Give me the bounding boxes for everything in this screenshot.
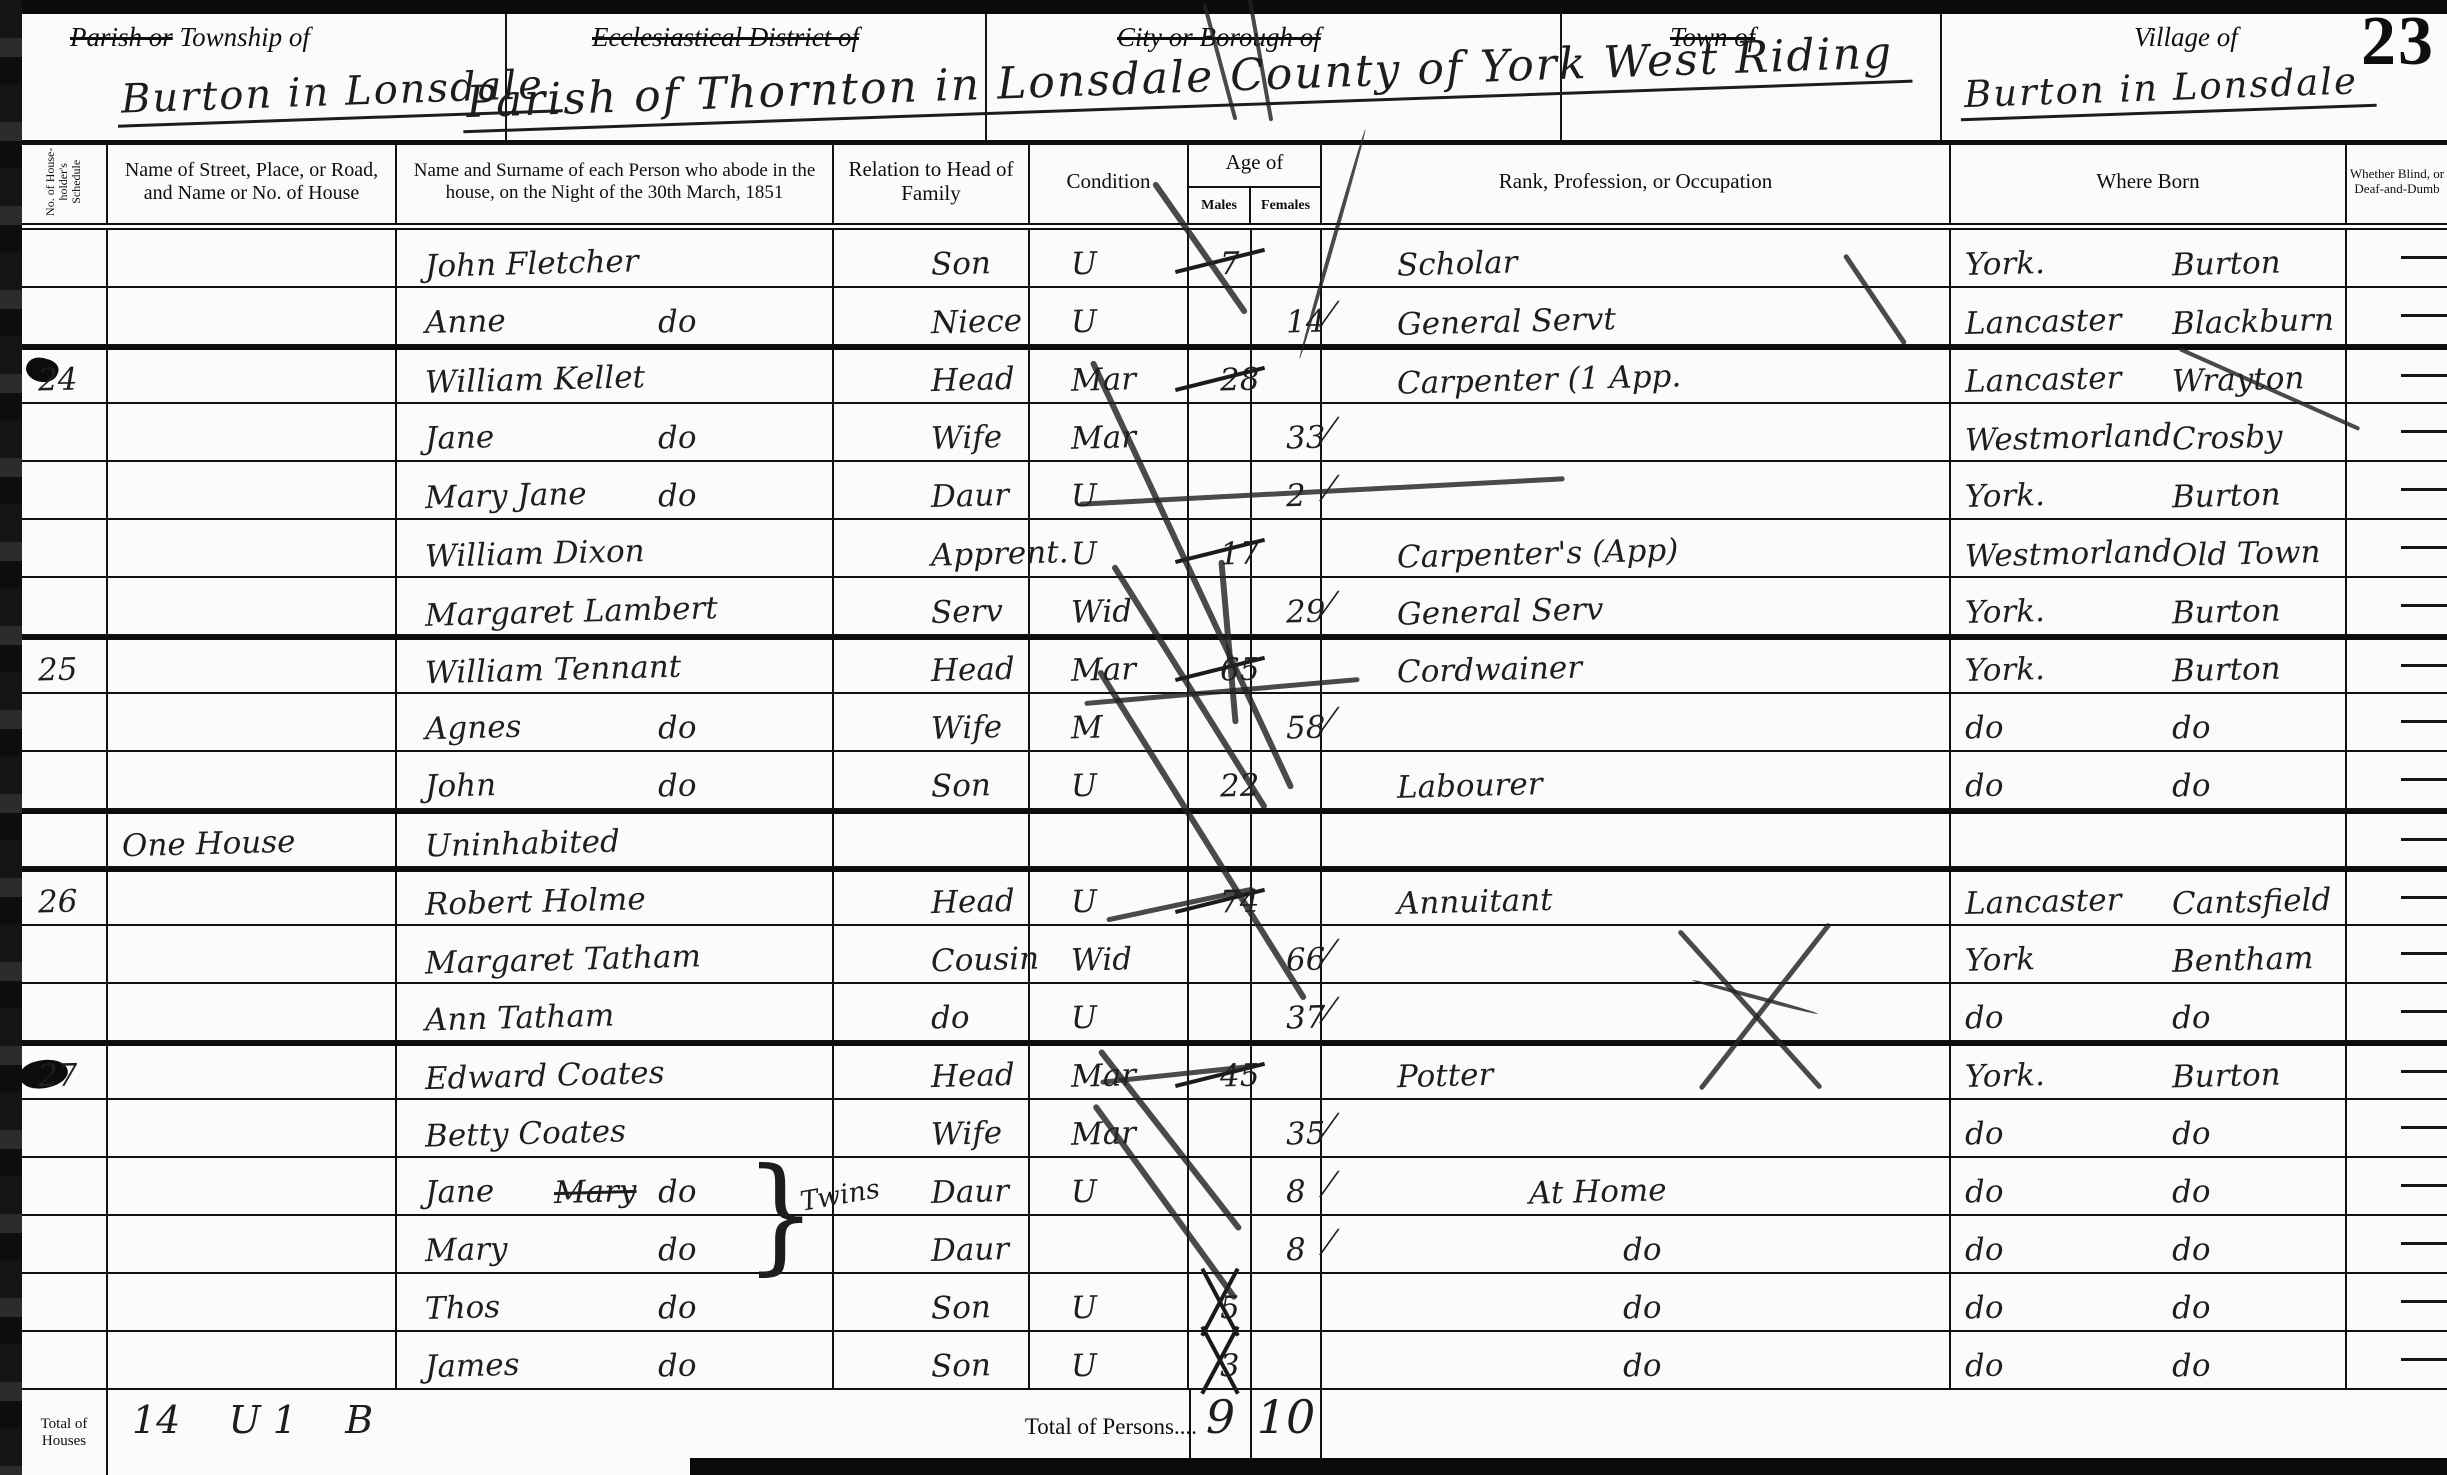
- person-name: Ann Tatham: [425, 998, 615, 1039]
- age-male-cell: 3: [1189, 1332, 1252, 1388]
- column-header-row: No. of House-holder's Schedule Name of S…: [22, 140, 2447, 230]
- name-cell: Mary Janedo: [397, 462, 834, 518]
- ditto-name: do: [658, 478, 697, 515]
- born-cell: York.Burton: [1951, 462, 2347, 518]
- street-cell: [108, 1046, 397, 1098]
- born-place: do: [2171, 710, 2210, 747]
- age-female-value: 29: [1286, 593, 1326, 630]
- born-place: do: [2171, 768, 2210, 805]
- relation-value: Son: [931, 767, 992, 805]
- born-place: do: [2171, 1232, 2210, 1269]
- relation-cell: Head: [834, 1046, 1030, 1098]
- born-county: do: [1965, 710, 2004, 747]
- condition-value: U: [1070, 536, 1097, 573]
- condition-cell: [1030, 1216, 1189, 1272]
- age-male-cell: 28: [1189, 350, 1252, 402]
- total-houses-value: 14 U 1 B: [132, 1398, 373, 1442]
- occupation-value: Labourer: [1397, 766, 1543, 806]
- born-county: Westmorland: [1965, 533, 2173, 574]
- born-place: Burton: [2171, 245, 2281, 284]
- born-cell: York.Burton: [1951, 578, 2347, 634]
- occupation-value: do: [1622, 1232, 1661, 1269]
- blind-deaf-cell: [2347, 462, 2447, 518]
- schedule-cell: [22, 520, 108, 576]
- relation-value: Cousin: [931, 941, 1040, 980]
- born-cell: dodo: [1951, 984, 2347, 1040]
- occupation-value: General Serv: [1397, 591, 1604, 632]
- condition-value: U: [1070, 1174, 1097, 1211]
- relation-value: Head: [931, 1057, 1016, 1095]
- born-place: Burton: [2171, 1057, 2281, 1096]
- name-cell: Margaret Lambert: [397, 578, 834, 634]
- name-cell: William Tennant: [397, 640, 834, 692]
- born-place: Crosby: [2171, 419, 2282, 458]
- blind-deaf-cell: [2347, 872, 2447, 924]
- blind-deaf-cell: [2347, 694, 2447, 750]
- age-male-cell: [1189, 984, 1252, 1040]
- census-row: Betty CoatesWifeMar35dodo: [22, 1100, 2447, 1158]
- condition-cell: U: [1030, 230, 1189, 286]
- row-rule-dash: [2401, 1242, 2447, 1245]
- row-rule-dash: [2401, 314, 2447, 317]
- born-place: do: [2171, 1000, 2210, 1037]
- occupation-cell: Labourer: [1322, 752, 1951, 808]
- census-row: Margaret TathamCousinWid66YorkBentham: [22, 926, 2447, 984]
- street-entry: One House: [122, 824, 296, 865]
- occupation-cell: do: [1322, 1216, 1951, 1272]
- age-male-value: 3: [1219, 1348, 1240, 1385]
- age-female-value: 35: [1286, 1115, 1326, 1152]
- born-cell: York.Burton: [1951, 640, 2347, 692]
- relation-value: Serv: [931, 593, 1004, 631]
- total-females-value: 10: [1257, 1390, 1316, 1444]
- occupation-cell: Annuitant: [1322, 872, 1951, 924]
- age-male-cell: [1189, 404, 1252, 460]
- scan-binding-edge: [0, 0, 22, 1475]
- census-row: ThosdoSonU5dododo: [22, 1274, 2447, 1332]
- row-rule-dash: [2401, 778, 2447, 781]
- row-rule-dash: [2401, 720, 2447, 723]
- condition-value: U: [1070, 478, 1097, 515]
- street-cell: [108, 1216, 397, 1272]
- occupation-value: Scholar: [1397, 244, 1518, 283]
- row-rule-dash: [2401, 838, 2447, 841]
- occupation-cell: [1322, 984, 1951, 1040]
- age-female-cell: [1252, 520, 1322, 576]
- header-divider: [1940, 14, 1942, 140]
- age-of-label: Age of: [1189, 140, 1320, 188]
- blind-deaf-cell: [2347, 640, 2447, 692]
- born-county: do: [1965, 1174, 2004, 1211]
- ditto-name: do: [658, 1174, 697, 1211]
- column-age: Age of Males Females: [1189, 140, 1322, 223]
- blind-deaf-cell: [2347, 1332, 2447, 1388]
- street-cell: [108, 1332, 397, 1388]
- street-cell: [108, 872, 397, 924]
- age-female-value: 58: [1286, 709, 1326, 746]
- age-female-cell: 37: [1252, 984, 1322, 1040]
- relation-value: do: [931, 1000, 970, 1037]
- ditto-name: do: [658, 1290, 697, 1327]
- row-rule-dash: [2401, 1010, 2447, 1013]
- street-cell: [108, 578, 397, 634]
- schedule-cell: [22, 984, 108, 1040]
- born-cell: WestmorlandOld Town: [1951, 520, 2347, 576]
- blind-deaf-cell: [2347, 350, 2447, 402]
- condition-cell: U: [1030, 1274, 1189, 1330]
- name-cell: Ann Tatham: [397, 984, 834, 1040]
- blind-deaf-cell: [2347, 230, 2447, 286]
- born-cell: LancasterCantsfield: [1951, 872, 2347, 924]
- scan-top-edge: [0, 0, 2447, 14]
- born-place: Burton: [2171, 651, 2281, 690]
- blind-deaf-cell: [2347, 1100, 2447, 1156]
- relation-value: Head: [931, 883, 1016, 921]
- name-cell: Uninhabited: [397, 814, 834, 866]
- street-cell: [108, 1274, 397, 1330]
- street-cell: [108, 694, 397, 750]
- schedule-cell: [22, 462, 108, 518]
- born-county: do: [1965, 1290, 2004, 1327]
- schedule-cell: [22, 288, 108, 344]
- name-cell: Janedo: [397, 404, 834, 460]
- age-female-value: 8: [1286, 1174, 1307, 1211]
- occupation-value: Annuitant: [1397, 882, 1553, 922]
- schedule-cell: [22, 230, 108, 286]
- census-row: One HouseUninhabited: [22, 810, 2447, 868]
- ecclesiastical-district-label: Ecclesiastical District of: [592, 22, 859, 53]
- age-female-value: 2: [1286, 478, 1307, 515]
- column-name-surname: Name and Surname of each Person who abod…: [397, 140, 834, 223]
- born-cell: YorkBentham: [1951, 926, 2347, 982]
- age-female-cell: [1252, 1332, 1322, 1388]
- relation-value: Son: [931, 245, 992, 283]
- occupation-cell: Carpenter (1 App.: [1322, 350, 1951, 402]
- name-cell: William Kellet: [397, 350, 834, 402]
- ditto-name: do: [658, 304, 697, 341]
- age-female-cell: 8: [1252, 1216, 1322, 1272]
- blind-deaf-cell: [2347, 1216, 2447, 1272]
- born-cell: dodo: [1951, 1274, 2347, 1330]
- relation-cell: Head: [834, 640, 1030, 692]
- occupation-value: Carpenter (1 App.: [1397, 358, 1682, 401]
- occupation-value: At Home: [1528, 1172, 1666, 1212]
- census-row: 27Edward CoatesHeadMar45PotterYork.Burto…: [22, 1042, 2447, 1100]
- born-county: York.: [1965, 477, 2046, 515]
- blind-deaf-cell: [2347, 814, 2447, 866]
- column-where-born: Where Born: [1951, 140, 2347, 223]
- census-row: Ann TathamdoU37dodo: [22, 984, 2447, 1042]
- schedule-cell: [22, 1274, 108, 1330]
- condition-value: U: [1070, 1000, 1097, 1037]
- schedule-number: 24: [38, 361, 78, 398]
- schedule-number: 27: [38, 1057, 78, 1094]
- age-female-cell: [1252, 1274, 1322, 1330]
- column-street: Name of Street, Place, or Road, and Name…: [108, 140, 397, 223]
- schedule-cell: 25: [22, 640, 108, 692]
- condition-cell: [1030, 814, 1189, 866]
- relation-value: Wife: [931, 1115, 1003, 1153]
- census-row: 24William KelletHeadMar28Carpenter (1 Ap…: [22, 346, 2447, 404]
- born-cell: WestmorlandCrosby: [1951, 404, 2347, 460]
- row-rule-dash: [2401, 1070, 2447, 1073]
- occupation-value: Carpenter's (App): [1397, 532, 1679, 575]
- blind-deaf-cell: [2347, 404, 2447, 460]
- total-houses-label: Total of Houses: [22, 1390, 108, 1475]
- occupation-cell: [1322, 694, 1951, 750]
- row-rule-dash: [2401, 546, 2447, 549]
- name-cell: Robert Holme: [397, 872, 834, 924]
- totals-footer: Total of Houses 14 U 1 B Total of Person…: [22, 1390, 2447, 1462]
- condition-value: U: [1070, 768, 1097, 805]
- street-cell: [108, 1100, 397, 1156]
- age-female-cell: 29: [1252, 578, 1322, 634]
- schedule-cell: [22, 578, 108, 634]
- relation-cell: Serv: [834, 578, 1030, 634]
- name-cell: William Dixon: [397, 520, 834, 576]
- row-rule-dash: [2401, 1126, 2447, 1129]
- name-cell: Johndo: [397, 752, 834, 808]
- person-name: William Tennant: [425, 649, 682, 692]
- age-male-cell: [1189, 1100, 1252, 1156]
- census-row: JanedoWifeMar33WestmorlandCrosby: [22, 404, 2447, 462]
- condition-value: M: [1070, 710, 1103, 747]
- condition-value: Wid: [1070, 593, 1132, 631]
- born-cell: dodo: [1951, 694, 2347, 750]
- born-place: Cantsfield: [2171, 882, 2331, 922]
- person-name: Agnes: [425, 709, 522, 748]
- street-cell: [108, 350, 397, 402]
- relation-cell: Son: [834, 1332, 1030, 1388]
- males-label: Males: [1189, 188, 1251, 223]
- age-female-value: 37: [1286, 999, 1326, 1036]
- born-county: York.: [1965, 651, 2046, 689]
- name-cell: Jamesdo: [397, 1332, 834, 1388]
- column-occupation: Rank, Profession, or Occupation: [1322, 140, 1951, 223]
- street-cell: [108, 462, 397, 518]
- name-cell: Margaret Tatham: [397, 926, 834, 982]
- row-rule-dash: [2401, 256, 2447, 259]
- born-county: do: [1965, 1116, 2004, 1153]
- parish-township-label: Parish or Township of: [70, 22, 310, 53]
- age-male-cell: [1189, 926, 1252, 982]
- row-rule-dash: [2401, 664, 2447, 667]
- person-name: Jane: [425, 1173, 495, 1211]
- ditto-name: do: [658, 710, 697, 747]
- occupation-value: Potter: [1397, 1057, 1494, 1096]
- person-name: Mary Jane: [425, 476, 588, 516]
- relation-value: Wife: [931, 419, 1003, 457]
- born-county: do: [1965, 768, 2004, 805]
- condition-value: U: [1070, 1290, 1097, 1327]
- relation-cell: Apprent.: [834, 520, 1030, 576]
- born-place: do: [2171, 1174, 2210, 1211]
- blind-deaf-cell: [2347, 984, 2447, 1040]
- name-cell: Annedo: [397, 288, 834, 344]
- relation-value: Son: [931, 1289, 992, 1327]
- person-name: John: [425, 767, 497, 805]
- name-cell: Edward Coates: [397, 1046, 834, 1098]
- age-female-cell: 8: [1252, 1158, 1322, 1214]
- condition-value: U: [1070, 246, 1097, 283]
- condition-cell: U: [1030, 520, 1189, 576]
- born-place: Burton: [2171, 593, 2281, 632]
- street-cell: [108, 230, 397, 286]
- age-male-cell: 22: [1189, 752, 1252, 808]
- born-county: do: [1965, 1348, 2004, 1385]
- relation-cell: Wife: [834, 1100, 1030, 1156]
- occupation-cell: do: [1322, 1274, 1951, 1330]
- schedule-cell: [22, 694, 108, 750]
- condition-cell: Wid: [1030, 926, 1189, 982]
- condition-cell: U: [1030, 288, 1189, 344]
- born-county: do: [1965, 1000, 2004, 1037]
- person-name: Edward Coates: [425, 1055, 665, 1097]
- blind-deaf-cell: [2347, 288, 2447, 344]
- relation-value: Head: [931, 361, 1016, 399]
- relation-value: Son: [931, 1347, 992, 1385]
- blind-deaf-cell: [2347, 1046, 2447, 1098]
- born-county: Westmorland: [1965, 417, 2173, 458]
- age-female-cell: 33: [1252, 404, 1322, 460]
- street-cell: [108, 520, 397, 576]
- schedule-cell: 26: [22, 872, 108, 924]
- census-row: JaneMarydoDaurU8At Homedodo: [22, 1158, 2447, 1216]
- blind-deaf-cell: [2347, 752, 2447, 808]
- total-persons-label: Total of Persons....: [927, 1414, 1197, 1440]
- column-condition: Condition: [1030, 140, 1189, 223]
- parish-struck-text: Parish or: [70, 22, 173, 52]
- column-schedule-no: No. of House-holder's Schedule: [22, 140, 108, 223]
- person-name: Thos: [425, 1289, 501, 1327]
- relation-cell: Daur: [834, 1216, 1030, 1272]
- schedule-cell: [22, 1332, 108, 1388]
- column-relation: Relation to Head of Family: [834, 140, 1030, 223]
- blind-deaf-cell: [2347, 1274, 2447, 1330]
- schedule-cell: 24: [22, 350, 108, 402]
- name-cell: Agnesdo: [397, 694, 834, 750]
- age-female-cell: [1252, 350, 1322, 402]
- schedule-number: 26: [38, 883, 78, 920]
- census-page-scan: 23 Parish or Township of Ecclesiastical …: [0, 0, 2447, 1475]
- condition-cell: Mar: [1030, 404, 1189, 460]
- blind-deaf-cell: [2347, 578, 2447, 634]
- ditto-name: do: [658, 1232, 697, 1269]
- census-row: Mary JanedoDaurU2York.Burton: [22, 462, 2447, 520]
- person-name: Anne: [425, 303, 507, 341]
- schedule-cell: [22, 752, 108, 808]
- occupation-cell: [1322, 462, 1951, 518]
- born-place: do: [2171, 1348, 2210, 1385]
- born-county: York.: [1965, 593, 2046, 631]
- schedule-cell: [22, 404, 108, 460]
- total-males-value: 9: [1206, 1390, 1235, 1444]
- occupation-cell: General Serv: [1322, 578, 1951, 634]
- schedule-cell: [22, 1100, 108, 1156]
- relation-cell: Daur: [834, 462, 1030, 518]
- occupation-cell: [1322, 404, 1951, 460]
- occupation-cell: [1322, 1100, 1951, 1156]
- born-cell: LancasterBlackburn: [1951, 288, 2347, 344]
- condition-cell: U: [1030, 1332, 1189, 1388]
- row-rule-dash: [2401, 1358, 2447, 1361]
- person-name: John Fletcher: [425, 243, 639, 285]
- born-place: Burton: [2171, 477, 2281, 516]
- street-cell: [108, 640, 397, 692]
- person-name: Mary: [425, 1231, 508, 1269]
- row-rule-dash: [2401, 896, 2447, 899]
- village-label: Village of: [2134, 22, 2238, 53]
- person-name: William Dixon: [425, 533, 645, 575]
- occupation-value: do: [1622, 1290, 1661, 1327]
- village-value-handwriting: Burton in Lonsdale: [1959, 59, 2376, 121]
- born-county: York: [1965, 941, 2036, 979]
- relation-cell: Cousin: [834, 926, 1030, 982]
- schedule-cell: [22, 926, 108, 982]
- census-row: 26Robert HolmeHeadU74AnnuitantLancasterC…: [22, 868, 2447, 926]
- occupation-value: Cordwainer: [1397, 650, 1583, 691]
- females-label: Females: [1251, 188, 1320, 223]
- name-cell: John Fletcher: [397, 230, 834, 286]
- born-county: Lancaster: [1965, 360, 2122, 400]
- street-cell: [108, 926, 397, 982]
- row-rule-dash: [2401, 374, 2447, 377]
- relation-cell: Niece: [834, 288, 1030, 344]
- relation-value: Daur: [931, 1231, 1010, 1269]
- born-cell: York.Burton: [1951, 1046, 2347, 1098]
- age-female-cell: [1252, 872, 1322, 924]
- born-county: York.: [1965, 1057, 2046, 1095]
- relation-cell: Wife: [834, 404, 1030, 460]
- row-rule-dash: [2401, 952, 2447, 955]
- person-name: Robert Holme: [425, 881, 647, 923]
- born-cell: [1951, 814, 2347, 866]
- column-whether-blind: Whether Blind, or Deaf-and-Dumb: [2347, 140, 2447, 223]
- relation-cell: Head: [834, 872, 1030, 924]
- ditto-name: do: [658, 420, 697, 457]
- age-female-cell: [1252, 814, 1322, 866]
- born-cell: York.Burton: [1951, 230, 2347, 286]
- schedule-cell: [22, 1216, 108, 1272]
- person-name: Uninhabited: [425, 823, 621, 864]
- street-cell: [108, 752, 397, 808]
- scan-bottom-edge: [690, 1458, 2447, 1475]
- born-cell: dodo: [1951, 1100, 2347, 1156]
- person-name: Betty Coates: [425, 1113, 627, 1154]
- schedule-cell: [22, 814, 108, 866]
- street-cell: [108, 288, 397, 344]
- street-cell: One House: [108, 814, 397, 866]
- condition-cell: U: [1030, 984, 1189, 1040]
- schedule-number: 25: [38, 651, 78, 688]
- relation-value: Daur: [931, 1173, 1010, 1211]
- condition-value: U: [1070, 1348, 1097, 1385]
- occupation-cell: do: [1322, 1332, 1951, 1388]
- row-rule-dash: [2401, 488, 2447, 491]
- blind-deaf-cell: [2347, 520, 2447, 576]
- condition-cell: Wid: [1030, 578, 1189, 634]
- schedule-cell: [22, 1158, 108, 1214]
- form-header: Parish or Township of Ecclesiastical Dis…: [22, 14, 2447, 145]
- occupation-cell: [1322, 926, 1951, 982]
- person-name: Jane: [425, 419, 495, 457]
- born-cell: dodo: [1951, 1216, 2347, 1272]
- born-place: do: [2171, 1116, 2210, 1153]
- row-rule-dash: [2401, 1300, 2447, 1303]
- born-place: Old Town: [2171, 534, 2320, 574]
- occupation-value: General Servt: [1397, 301, 1617, 343]
- born-cell: dodo: [1951, 1158, 2347, 1214]
